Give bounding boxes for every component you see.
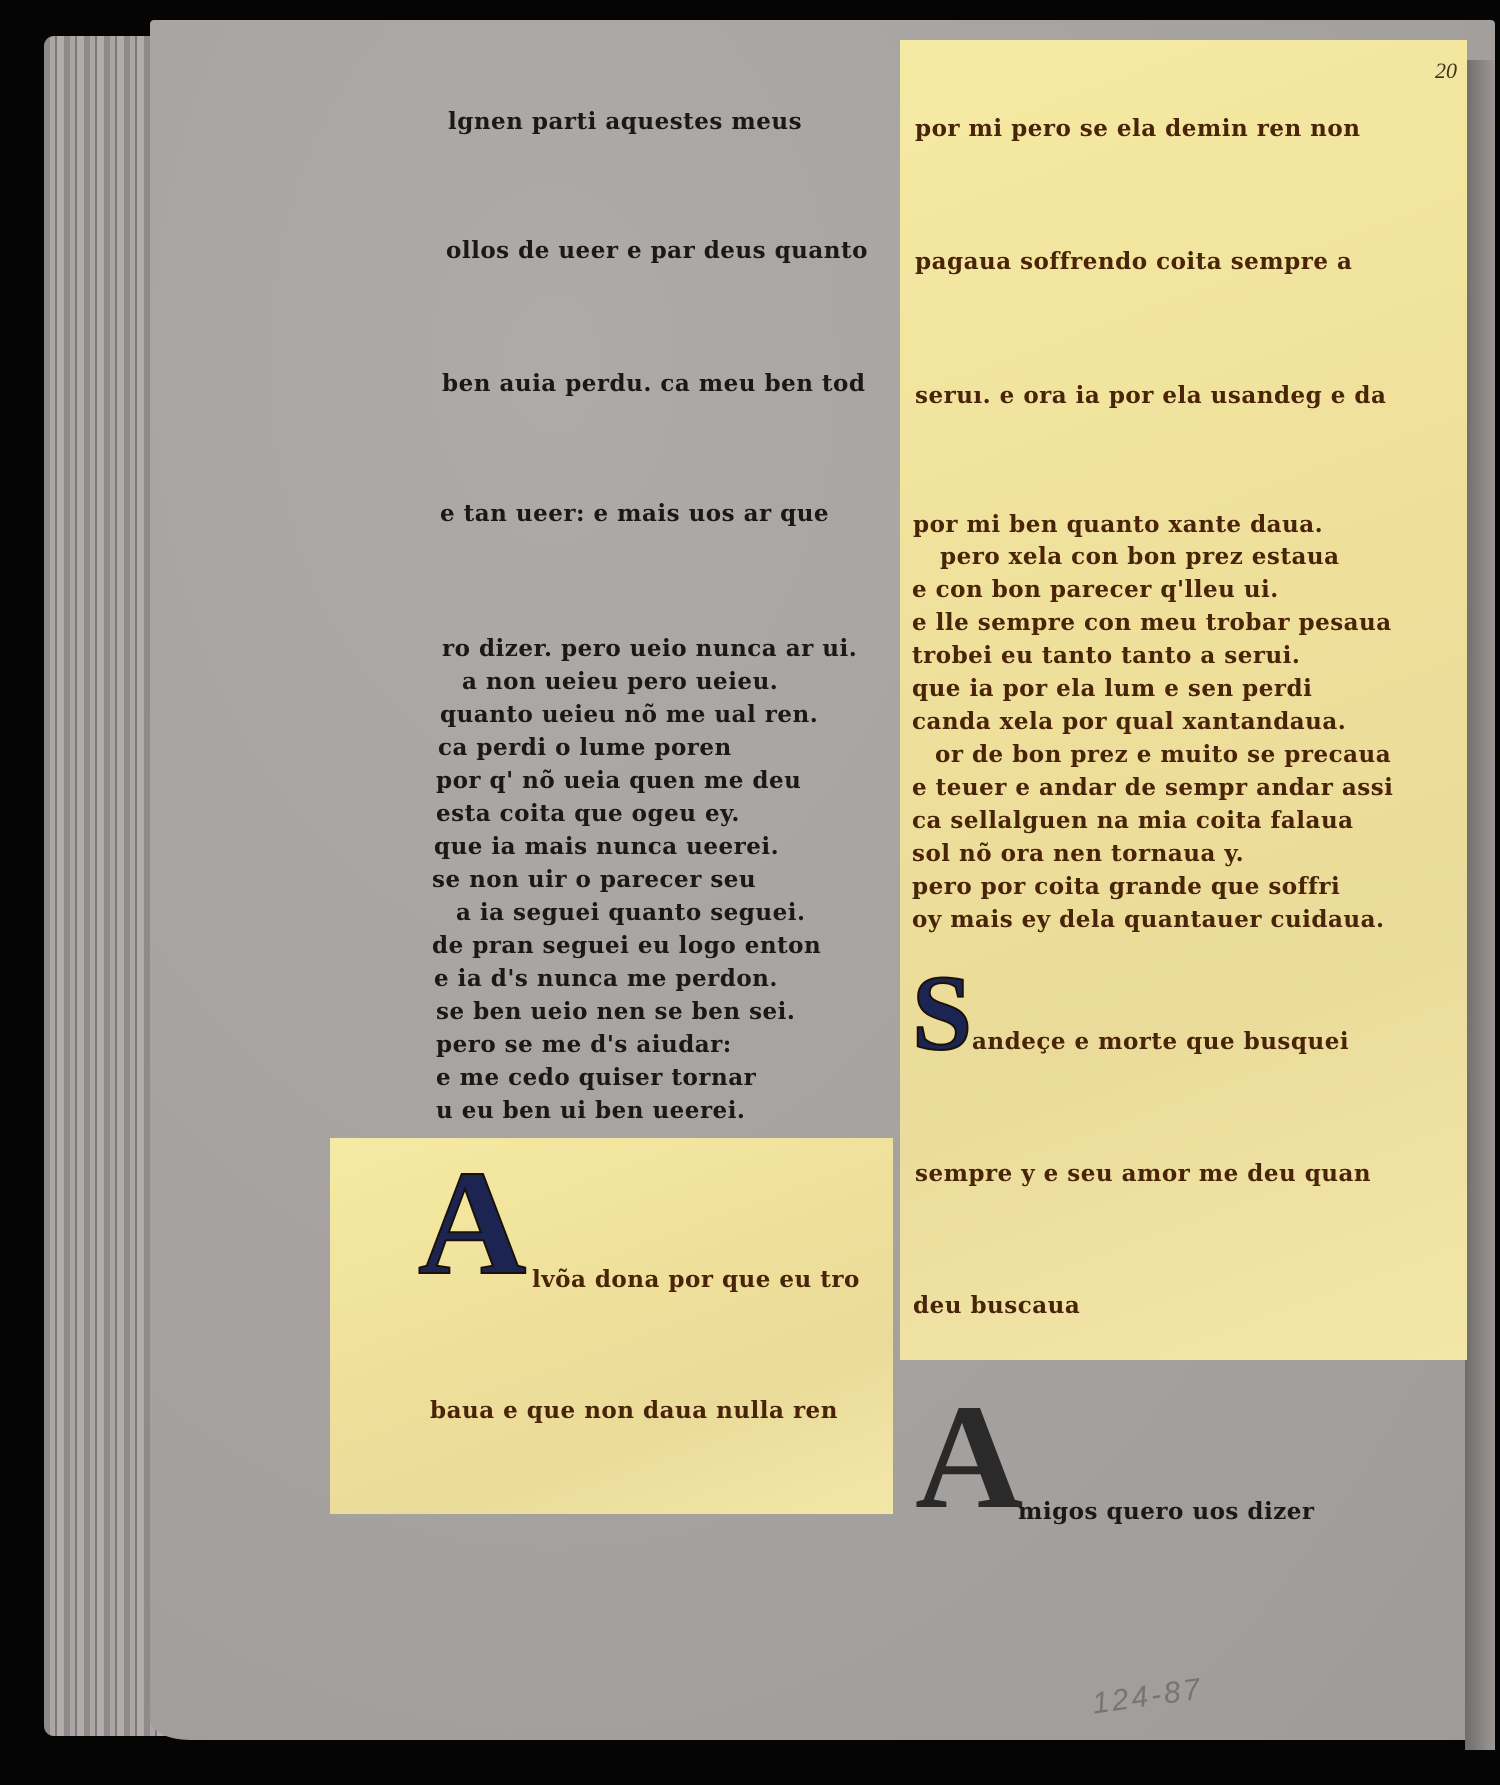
folio-number: 20 bbox=[1435, 58, 1457, 84]
text-line: e me cedo quiser tornar bbox=[436, 1064, 756, 1091]
text-line: seruı. e ora ia por ela usandeg e da bbox=[915, 382, 1386, 409]
text-line: e con bon parecer q'lleu ui. bbox=[912, 576, 1279, 603]
text-line: lvõa dona por que eu tro bbox=[532, 1266, 860, 1293]
text-line: ben auia perdu. ca meu ben tod bbox=[442, 370, 865, 397]
text-line: pero por coita grande que soffri bbox=[912, 873, 1340, 900]
decorated-initial-s: S bbox=[912, 960, 972, 1068]
text-line: ro dizer. pero ueio nunca ar ui. bbox=[442, 635, 857, 662]
text-line: e ia d's nunca me perdon. bbox=[434, 965, 778, 992]
text-line: or de bon prez e muito se precaua bbox=[935, 741, 1391, 768]
text-line: a ia seguei quanto seguei. bbox=[456, 899, 806, 926]
text-line: quanto ueieu nõ me ual ren. bbox=[440, 701, 818, 728]
text-line: pagaua soffrendo coita sempre a bbox=[915, 248, 1352, 275]
text-line: andeçe e morte que busquei bbox=[972, 1028, 1349, 1055]
text-line: esta coita que ogeu ey. bbox=[436, 800, 740, 827]
text-line: e tan ueer: e mais uos ar que bbox=[440, 500, 829, 527]
text-line: se non uir o parecer seu bbox=[432, 866, 756, 893]
text-line: canda xela por qual xantandaua. bbox=[912, 708, 1346, 735]
text-line: migos quero uos dizer bbox=[1018, 1498, 1315, 1525]
text-line: por mi pero se ela demin ren non bbox=[915, 115, 1360, 142]
highlight-region-left bbox=[330, 1138, 893, 1514]
text-line: e lle sempre con meu trobar pesaua bbox=[912, 609, 1392, 636]
text-line: se ben ueio nen se ben sei. bbox=[436, 998, 795, 1025]
text-line: ca perdi o lume poren bbox=[438, 734, 732, 761]
text-line: a non ueieu pero ueieu. bbox=[462, 668, 778, 695]
text-line: sol nõ ora nen tornaua y. bbox=[912, 840, 1244, 867]
text-line: de pran seguei eu logo enton bbox=[432, 932, 821, 959]
text-line: pero xela con bon prez estaua bbox=[940, 543, 1340, 570]
text-line: por q' nõ ueia quen me deu bbox=[436, 767, 801, 794]
text-line: que ia mais nunca ueerei. bbox=[434, 833, 779, 860]
text-line: ollos de ueer e par deus quanto bbox=[446, 237, 868, 264]
text-line: u eu ben ui ben ueerei. bbox=[436, 1097, 745, 1124]
text-line: por mi ben quanto xante daua. bbox=[913, 511, 1323, 538]
text-line: deu buscaua bbox=[913, 1292, 1080, 1319]
text-line: ca sellalguen na mia coita falaua bbox=[912, 807, 1354, 834]
text-line: pero se me d's aiudar: bbox=[436, 1031, 732, 1058]
text-line: baua e que non daua nulla ren bbox=[430, 1397, 838, 1424]
text-line: que ia por ela lum e sen perdi bbox=[912, 675, 1312, 702]
text-line: lgnen parti aquestes meus bbox=[448, 108, 802, 135]
text-line: trobei eu tanto tanto a serui. bbox=[912, 642, 1300, 669]
text-line: e teuer e andar de sempr andar assi bbox=[912, 774, 1393, 801]
next-page-edge bbox=[1465, 60, 1495, 1750]
text-line: sempre y e seu amor me deu quan bbox=[915, 1160, 1371, 1187]
decorated-initial-a-lower: A bbox=[915, 1382, 1023, 1532]
decorated-initial-a: A bbox=[418, 1148, 526, 1298]
text-line: oy mais ey dela quantauer cuidaua. bbox=[912, 906, 1385, 933]
